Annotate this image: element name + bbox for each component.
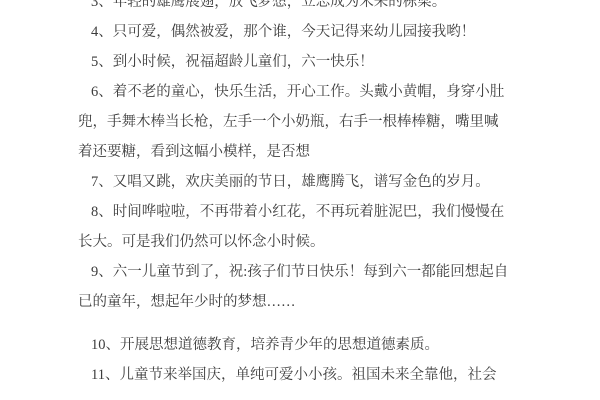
- list-item-5: 5、到小时候，祝福超龄儿童们，六一快乐！: [78, 47, 512, 77]
- list-item-6: 6、着不老的童心，快乐生活，开心工作。头戴小黄帽，身穿小肚兜，手舞木棒当长枪，左…: [78, 77, 512, 167]
- document-page: 3、年轻的雄鹰展翅，放飞梦想，立志成为未来的栋梁。 4、只可爱，偶然被爱，那个谁…: [78, 0, 512, 390]
- list-item-3: 3、年轻的雄鹰展翅，放飞梦想，立志成为未来的栋梁。: [78, 0, 512, 17]
- list-item-10: 10、开展思想道德教育，培养青少年的思想道德素质。: [78, 330, 512, 360]
- list-item-7: 7、又唱又跳，欢庆美丽的节日，雄鹰腾飞，谱写金色的岁月。: [78, 167, 512, 197]
- list-item-4: 4、只可爱，偶然被爱，那个谁，今天记得来幼儿园接我哟！: [78, 17, 512, 47]
- list-item-8: 8、时间哗啦啦，不再带着小红花，不再玩着脏泥巴，我们慢慢在长大。可是我们仍然可以…: [78, 197, 512, 257]
- list-item-9: 9、六一儿童节到了，祝:孩子们节日快乐！每到六一都能回想起自已的童年，想起年少时…: [78, 257, 512, 317]
- list-item-11: 11、儿童节来举国庆，单纯可爱小小孩。祖国未来全靠他，社会: [78, 360, 512, 390]
